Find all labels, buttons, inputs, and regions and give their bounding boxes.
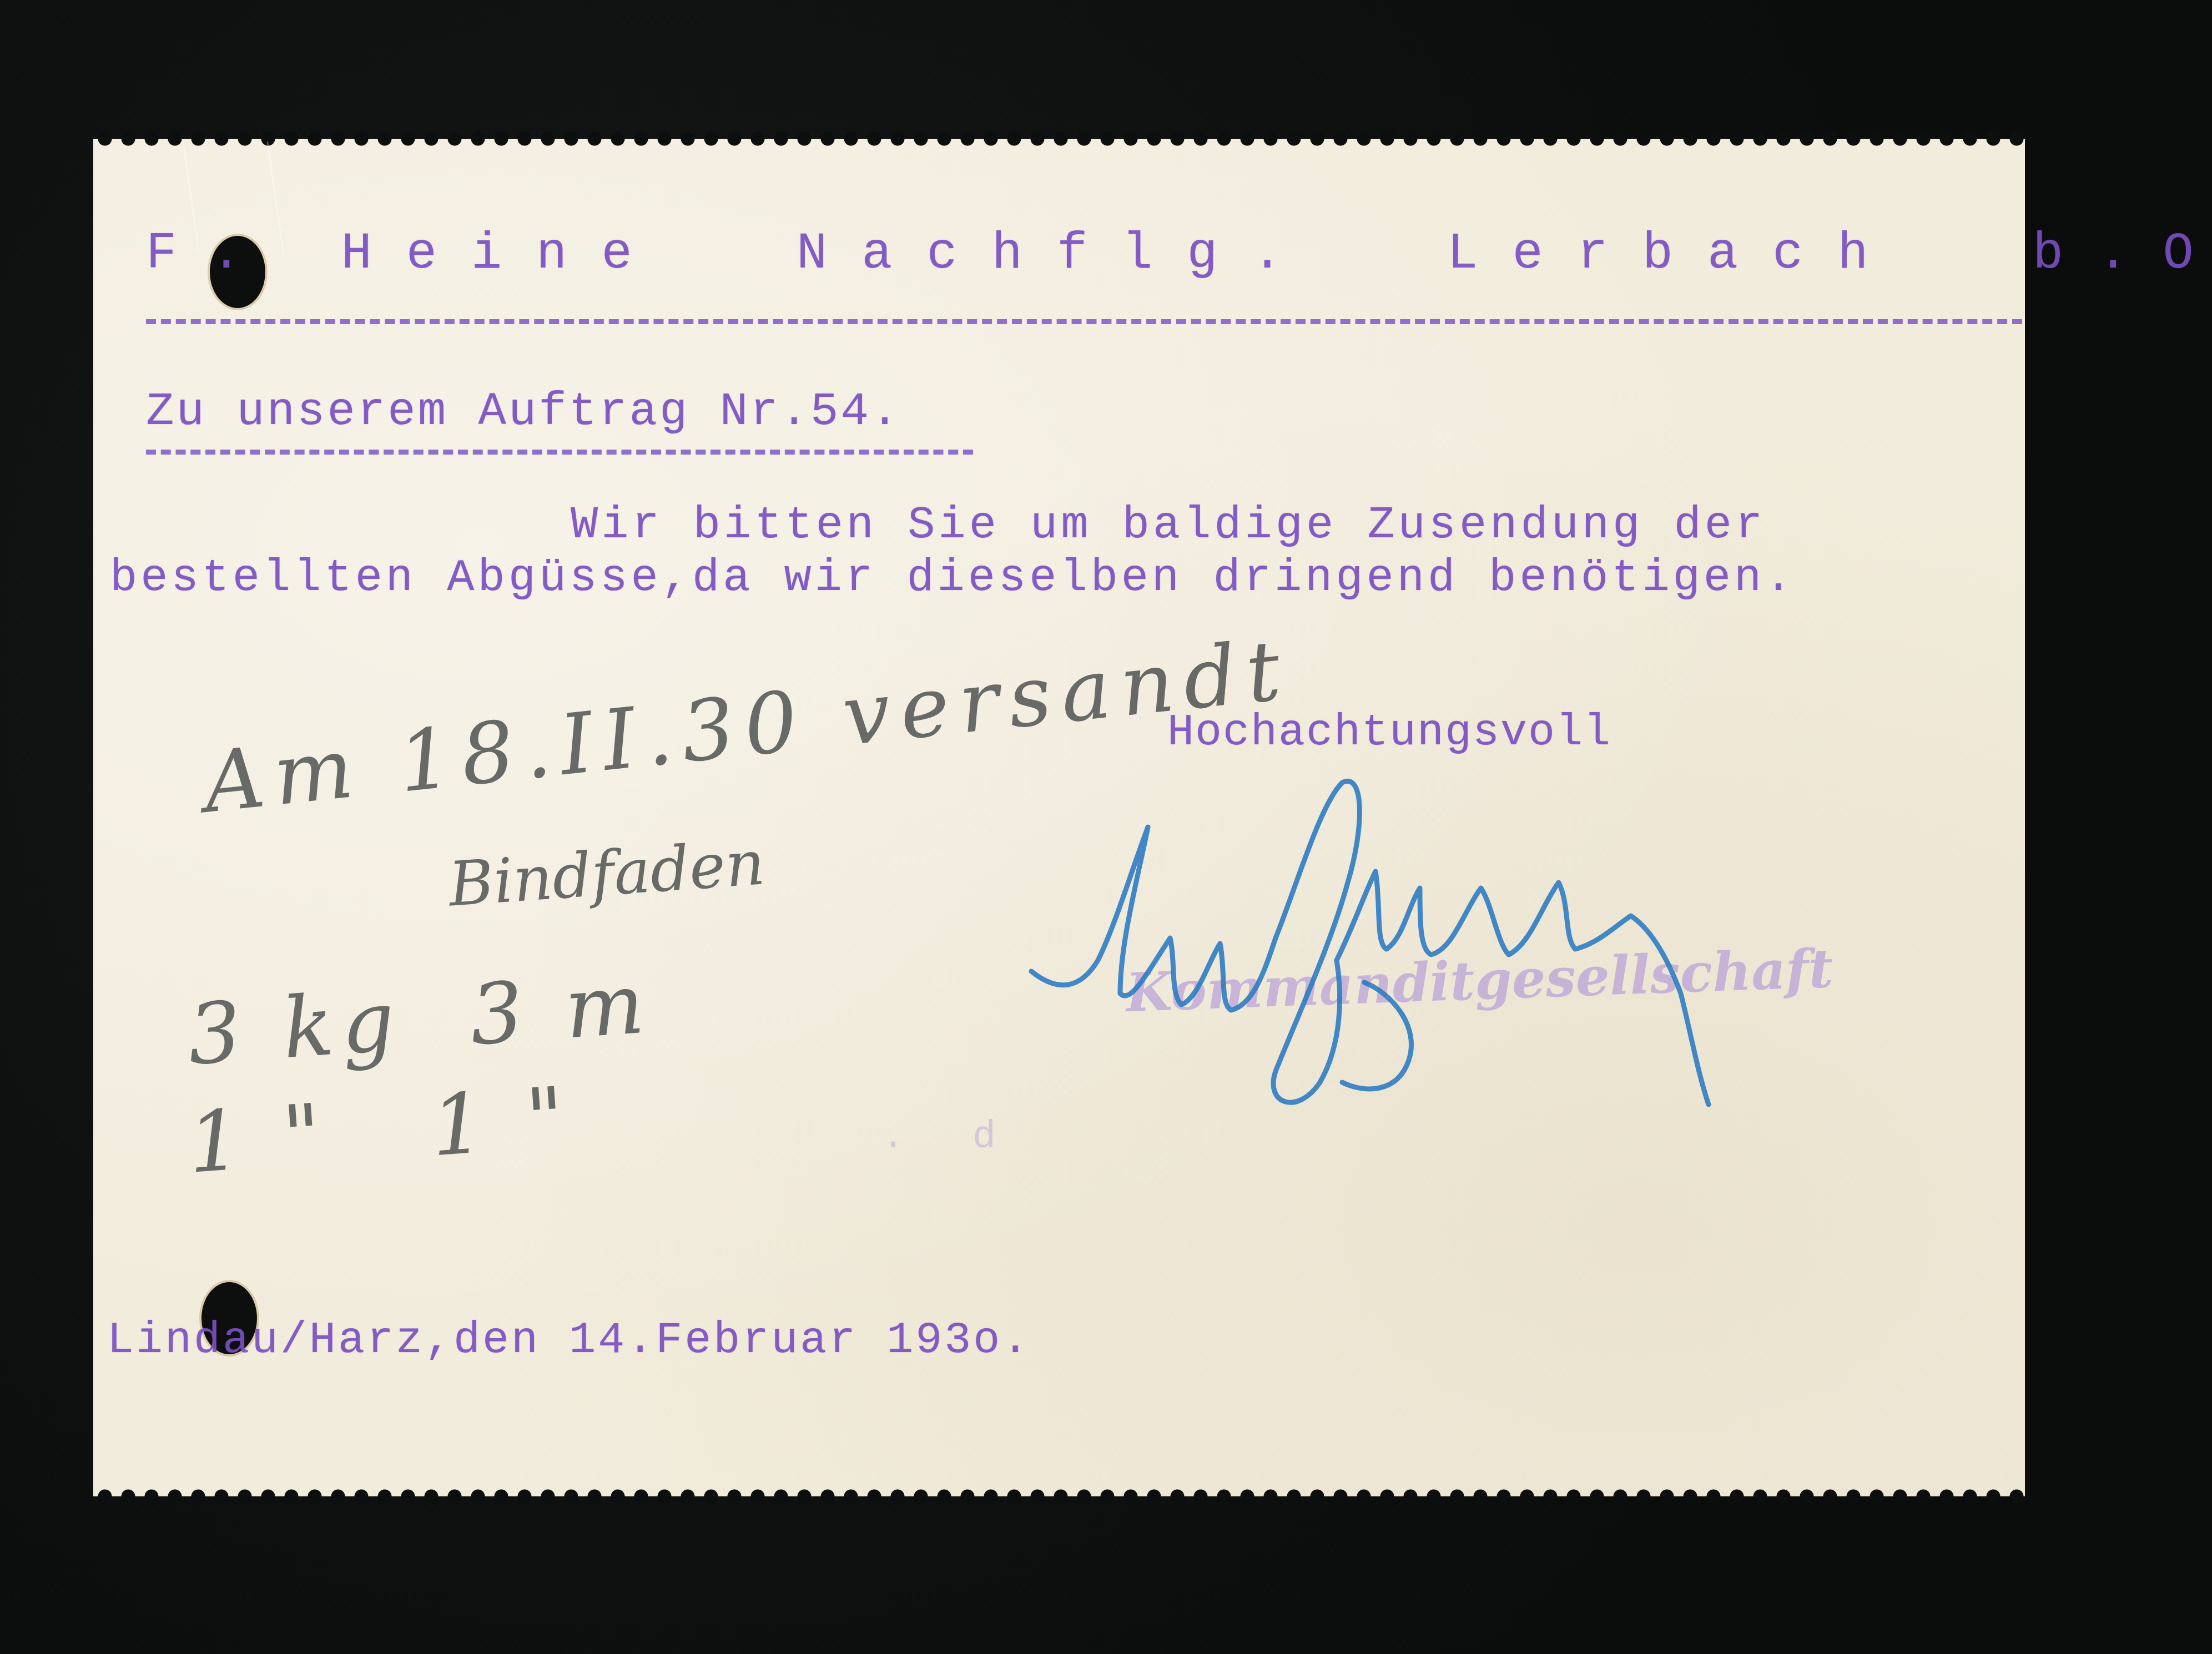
place-and-date: Lindau/Harz,den 14.Februar 193o. [107,1315,1031,1366]
addressee-header: F. Heine Nachflg. Lerbach b.Osterode [146,225,2212,283]
postcard: F. Heine Nachflg. Lerbach b.Osterode Zu … [93,139,2025,1496]
body-line-2: bestellten Abgüsse,da wir dieselben drin… [110,552,1795,604]
body-line-1: Wir bitten Sie um baldige Zusendung der [571,500,1766,551]
pencil-note-quantity-1: 3 kg 3 m [185,955,655,1084]
header-rule [146,319,2022,324]
perforated-edge-bottom [93,1489,2025,1504]
subject-underline [146,450,973,455]
pencil-note-quantity-2: 1 " 1 " [185,1069,576,1192]
perforated-edge-top [93,131,2025,147]
faint-offset-marks: . d [881,1116,1018,1159]
signature [1009,760,1842,1138]
subject-line: Zu unserem Auftrag Nr.54. [146,386,901,438]
pencil-note-item: Bindfaden [446,827,767,920]
